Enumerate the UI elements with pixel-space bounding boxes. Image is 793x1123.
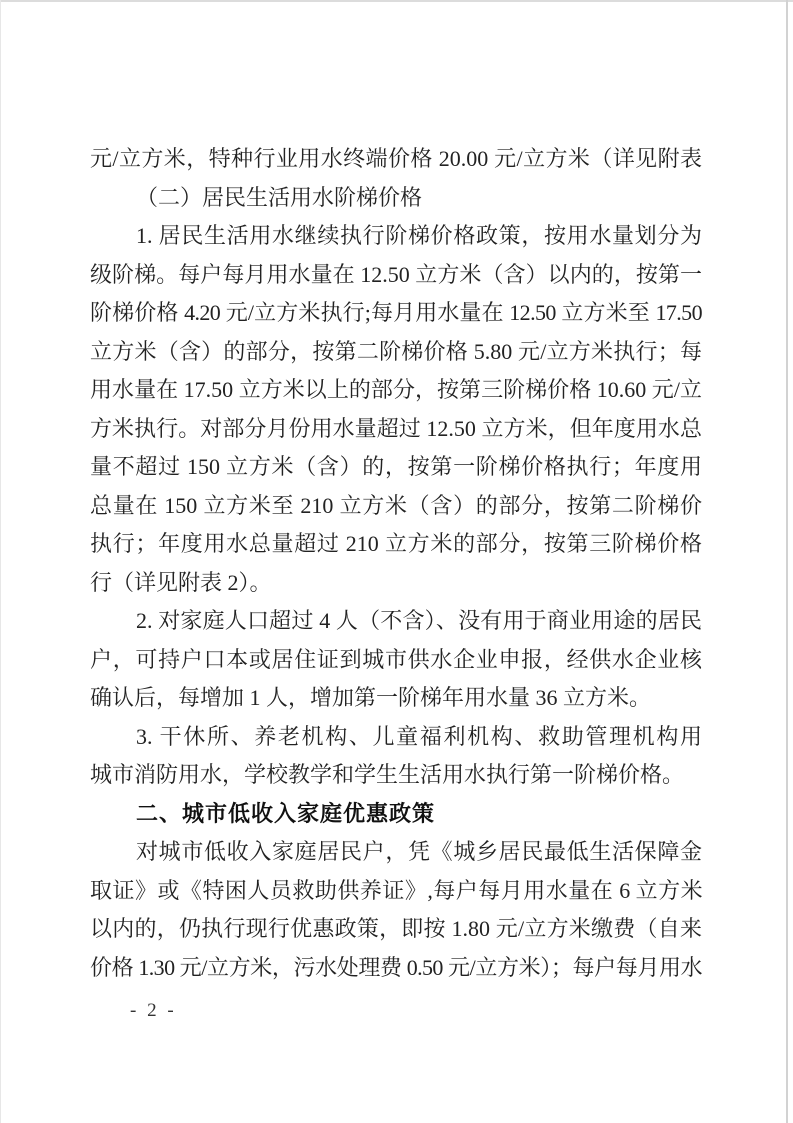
body-text-line: 以内的，仍执行现行优惠政策，即按 1.80 元/立方米缴费（自来水 (90, 910, 702, 949)
body-text-line: 量不超过 150 立方米（含）的，按第一阶梯价格执行；年度用水 (90, 448, 702, 487)
body-text-line: 3. 干休所、养老机构、儿童福利机构、救助管理机构用水， (90, 718, 702, 757)
scan-edge-top (0, 0, 793, 2)
body-text-line: 级阶梯。每户每月用水量在 12.50 立方米（含）以内的，按第一 (90, 256, 702, 295)
body-text-line: 2. 对家庭人口超过 4 人（不含）、没有用于商业用途的居民 (90, 602, 702, 641)
body-text-line: 价格 1.30 元/立方米，污水处理费 0.50 元/立方米）；每户每月用水 (90, 949, 702, 988)
body-text-line: 立方米（含）的部分，按第二阶梯价格 5.80 元/立方米执行；每月 (90, 333, 702, 372)
subsection-heading: （二）居民生活用水阶梯价格 (90, 179, 702, 218)
section-heading: 二、城市低收入家庭优惠政策 (90, 795, 702, 834)
scan-edge-right-line (786, 0, 788, 1123)
body-text-line: 执行；年度用水总量超过 210 立方米的部分，按第三阶梯价格执 (90, 525, 702, 564)
body-text-line: 取证》或《特困人员救助供养证》,每户每月用水量在 6 立方米(含) (90, 872, 702, 911)
body-text-line: 阶梯价格 4.20 元/立方米执行;每月用水量在 12.50 立方米至 17.5… (90, 294, 702, 333)
body-text-line: 城市消防用水，学校教学和学生生活用水执行第一阶梯价格。 (90, 756, 702, 795)
body-text-line: 总量在 150 立方米至 210 立方米（含）的部分，按第二阶梯价格 (90, 487, 702, 526)
body-text-line: 对城市低收入家庭居民户，凭《城乡居民最低生活保障金领 (90, 833, 702, 872)
page-number: - 2 - (130, 1000, 177, 1022)
body-text-line: 元/立方米，特种行业用水终端价格 20.00 元/立方米（详见附表 1）。 (90, 140, 702, 179)
body-text-line: 确认后，每增加 1 人，增加第一阶梯年用水量 36 立方米。 (90, 679, 702, 718)
body-text-line: 用水量在 17.50 立方米以上的部分，按第三阶梯价格 10.60 元/立 (90, 371, 702, 410)
body-text-line: 方米执行。对部分月份用水量超过 12.50 立方米，但年度用水总 (90, 410, 702, 449)
body-text-line: 户，可持户口本或居住证到城市供水企业申报，经供水企业核实 (90, 641, 702, 680)
scan-edge-left (0, 0, 1, 1123)
body-text-line: 1. 居民生活用水继续执行阶梯价格政策，按用水量划分为三 (90, 217, 702, 256)
document-page: 元/立方米，特种行业用水终端价格 20.00 元/立方米（详见附表 1）。 （二… (0, 0, 793, 1123)
document-text-block: 元/立方米，特种行业用水终端价格 20.00 元/立方米（详见附表 1）。 （二… (90, 140, 702, 987)
body-text-line: 行（详见附表 2）。 (90, 564, 702, 603)
